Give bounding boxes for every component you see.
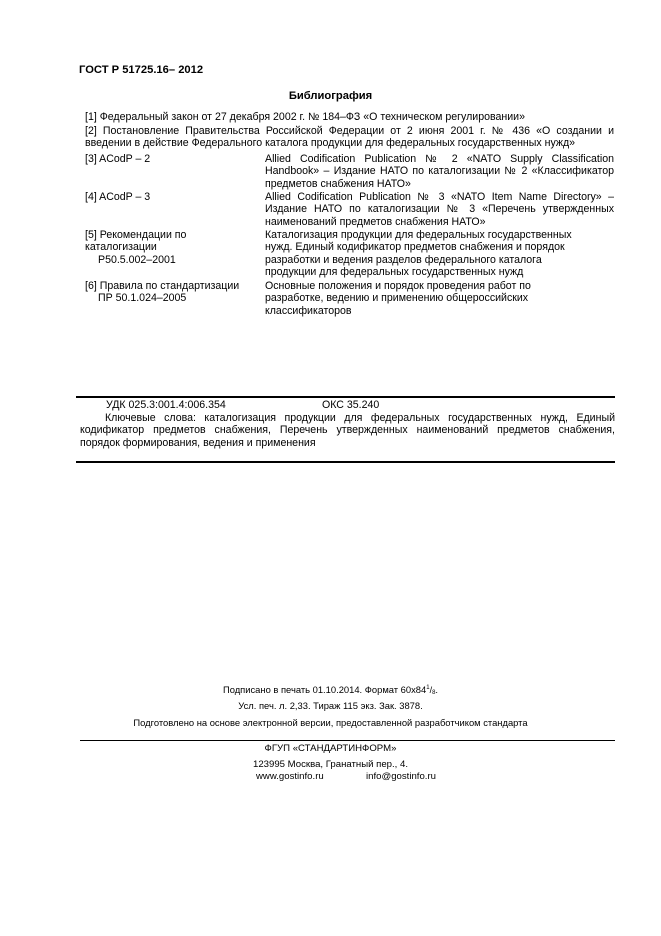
- bibliography-entry-6-ref: [6] Правила по стандартизации ПР 50.1.02…: [85, 280, 265, 305]
- publisher-divider: [80, 740, 615, 741]
- bibliography-entry-1: [1] Федеральный закон от 27 декабря 2002…: [85, 111, 614, 123]
- entry-5-ref-line1: [5] Рекомендации по: [85, 229, 265, 241]
- print-info: Усл. печ. л. 2,33. Тираж 115 экз. Зак. 3…: [0, 700, 661, 711]
- entry-6-desc-line1: Основные положения и порядок проведения …: [265, 280, 614, 292]
- bottom-divider: [76, 461, 615, 463]
- bibliography-entry-6-desc: Основные положения и порядок проведения …: [265, 280, 614, 317]
- bibliography-entry-5-ref: [5] Рекомендации по каталогизации Р50.5.…: [85, 229, 265, 266]
- oks-code: ОКС 35.240: [322, 399, 379, 411]
- entry-5-ref-line2: каталогизации: [85, 241, 265, 253]
- bibliography-title: Библиография: [0, 90, 661, 102]
- publisher-website-link[interactable]: www.gostinfo.ru: [256, 771, 324, 782]
- entry-6-desc-line2: разработке, ведению и применению общерос…: [265, 292, 614, 304]
- entry-5-desc-line2: нужд. Единый кодификатор предметов снабж…: [265, 241, 614, 253]
- bibliography-entry-5-desc: Каталогизация продукции для федеральных …: [265, 229, 614, 279]
- bibliography-entry-3-desc: Allied Codification Publication № 2 «NAT…: [265, 153, 614, 190]
- entry-6-ref-line1: [6] Правила по стандартизации: [85, 280, 265, 292]
- document-code: ГОСТ Р 51725.16– 2012: [79, 64, 203, 76]
- entry-6-ref-line2: ПР 50.1.024–2005: [85, 292, 265, 304]
- publisher-address: 123995 Москва, Гранатный пер., 4.: [0, 759, 661, 770]
- entry-5-ref-line3: Р50.5.002–2001: [85, 254, 265, 266]
- bibliography-entry-4-ref: [4] ACodP – 3: [85, 191, 265, 203]
- bibliography-entry-3-ref: [3] ACodP – 2: [85, 153, 265, 165]
- bibliography-entry-4-desc: Allied Codification Publication № 3 «NAT…: [265, 191, 614, 228]
- bibliography-entry-2: [2] Постановление Правительства Российск…: [85, 125, 614, 150]
- keywords: Ключевые слова: каталогизация продукции …: [80, 412, 615, 449]
- signed-suffix: .: [435, 684, 438, 695]
- publisher-name: ФГУП «СТАНДАРТИНФОРМ»: [0, 743, 661, 754]
- signed-for-print: Подписано в печать 01.10.2014. Формат 60…: [0, 684, 661, 696]
- top-divider: [76, 396, 615, 398]
- entry-5-desc-line4: продукции для федеральных государственны…: [265, 266, 614, 278]
- signed-text: Подписано в печать 01.10.2014. Формат 60…: [223, 684, 426, 695]
- udk-code: УДК 025.3:001.4:006.354: [106, 399, 226, 411]
- entry-5-desc-line3: разработки и ведения разделов федерально…: [265, 254, 614, 266]
- entry-6-desc-line3: классификаторов: [265, 305, 614, 317]
- publisher-email-link[interactable]: info@gostinfo.ru: [366, 771, 436, 782]
- entry-5-desc-line1: Каталогизация продукции для федеральных …: [265, 229, 614, 241]
- prepared-note: Подготовлено на основе электронной верси…: [0, 717, 661, 728]
